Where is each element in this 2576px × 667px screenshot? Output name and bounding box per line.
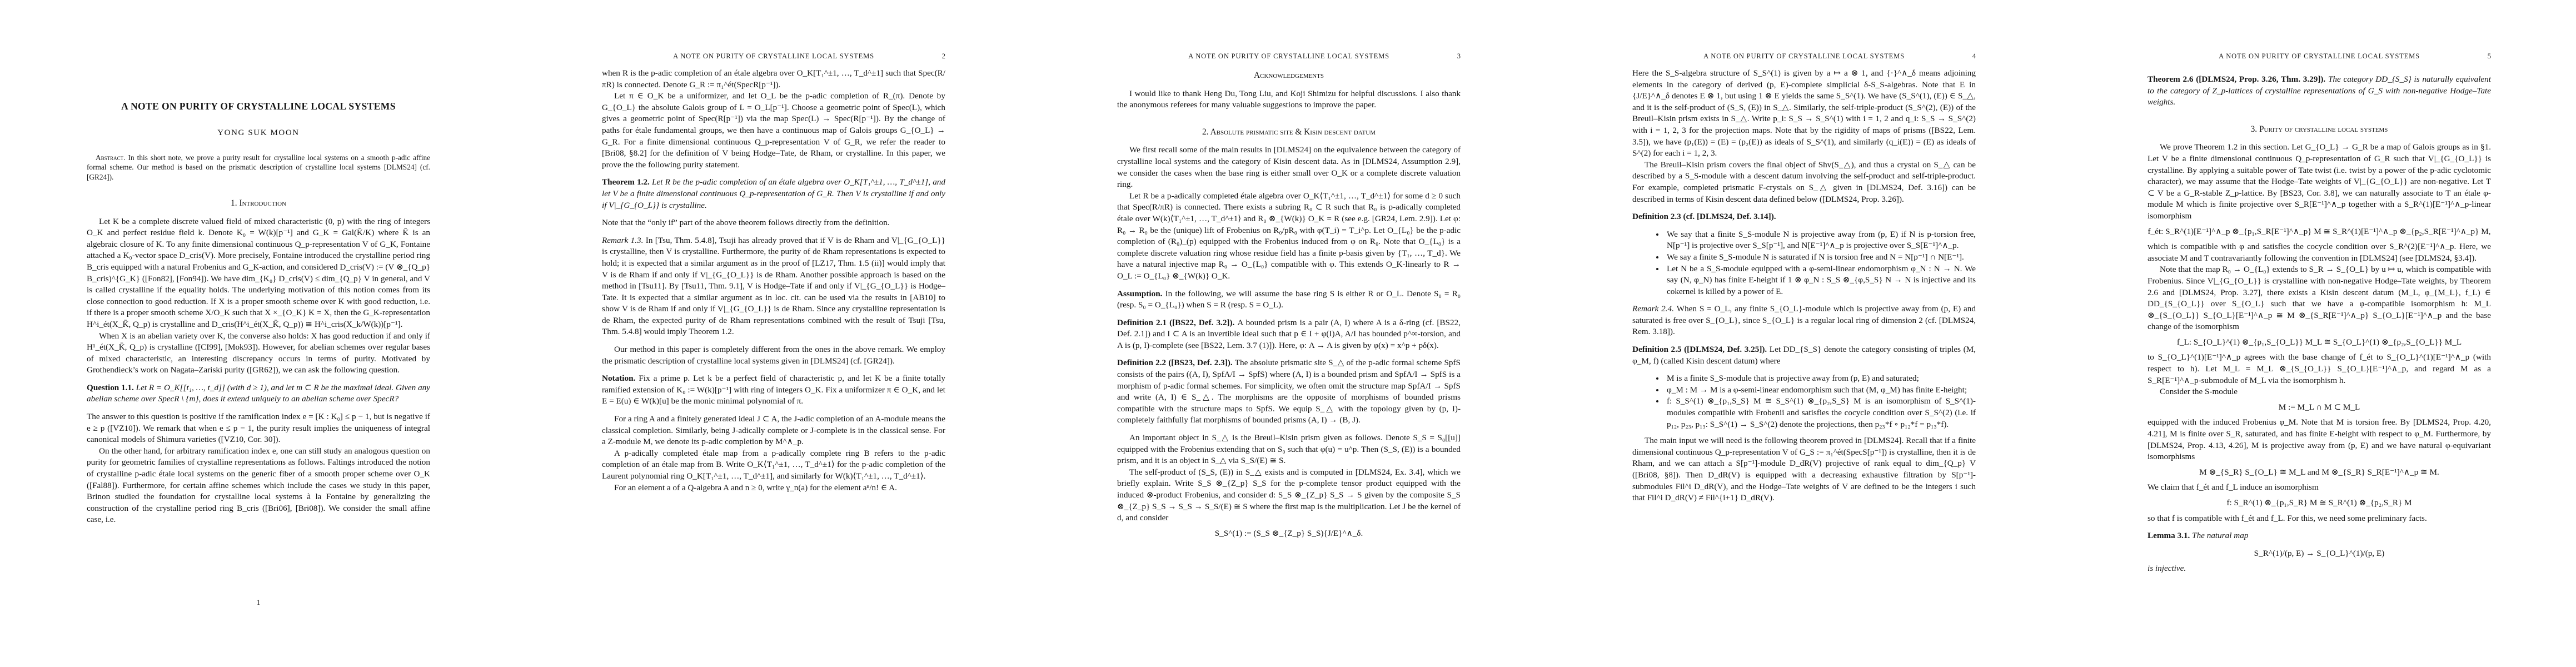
list-item: We say a finite S_S-module N is saturate… [1665,252,1976,263]
running-head: A NOTE ON PURITY OF CRYSTALLINE LOCAL SY… [1117,52,1461,61]
display-block: M ⊗_{S_R} S_{O_L} ≅ M_L and M ⊗_{S_R} S_… [2148,467,2491,479]
block-label: Question 1.1. [87,383,136,392]
page-number: 3 [1457,52,1461,61]
title-block: A NOTE ON PURITY OF CRYSTALLINE LOCAL SY… [87,100,430,112]
para-block: When X is an abelian variety over K, the… [87,331,430,376]
list-block: We say that a finite S_S-module N is pro… [1632,229,1976,298]
thm-block: Definition 2.5 ([DLMS24, Def. 3.25]). Le… [1632,344,1976,367]
running-head-text: A NOTE ON PURITY OF CRYSTALLINE LOCAL SY… [2219,52,2420,60]
thm-block: Definition 2.2 ([BS23, Def. 2.3]). The a… [1117,357,1461,426]
thm-block: Assumption. In the following, we will as… [1117,288,1461,311]
thm-block: Remark 1.3. In [Tsu, Thm. 5.4.8], Tsuji … [602,235,945,338]
block-text: The absolute prismatic site S_△ of the p… [1117,358,1461,425]
display-block: f: S_R^(1) ⊗_{p₁,S_R} M ≅ S_R^(1) ⊗_{p₂,… [2148,497,2491,509]
page-1: A NOTE ON PURITY OF CRYSTALLINE LOCAL SY… [0,0,515,667]
block-label: Remark 1.3. [602,236,646,245]
para-block: Consider the S-module [2148,386,2491,398]
para-block: Let R be a p-adically completed étale al… [1117,191,1461,282]
para-block: We first recall some of the main results… [1117,145,1461,190]
thm-block: Theorem 2.6 ([DLMS24, Prop. 3.26, Thm. 3… [2148,74,2491,108]
section-block: Acknowledgements [1117,70,1461,82]
running-head: A NOTE ON PURITY OF CRYSTALLINE LOCAL SY… [2148,52,2491,61]
block-text: In this short note, we prove a purity re… [87,153,430,182]
abstract-block: Abstract. In this short note, we prove a… [87,153,430,182]
display-block: S_R^(1)/(p, E) → S_{O_L}^(1)/(p, E) [2148,548,2491,560]
thm-block: Question 1.1. Let R = O_K[[t₁, …, t_d]] … [87,382,430,405]
list-item: φ_M : M → M is a φ-semi-linear endomorph… [1665,385,1976,396]
block-text: In [Tsu, Thm. 5.4.8], Tsuji has already … [602,236,945,337]
page-3: A NOTE ON PURITY OF CRYSTALLINE LOCAL SY… [1030,0,1546,667]
block-label: Definition 2.2 ([BS23, Def. 2.3]). [1117,358,1235,367]
para-block: We claim that f_ét and f_L induce an iso… [2148,482,2491,494]
page-2-body: when R is the p-adic completion of an ét… [602,68,945,494]
block-label: Definition 2.5 ([DLMS24, Def. 3.25]). [1632,345,1770,354]
thm-block: Notation. Fix a prime p. Let k be a perf… [602,373,945,407]
para-block: Let π ∈ O_K be a uniformizer, and let O_… [602,91,945,171]
block-label: Abstract. [96,153,128,162]
section-block: 1. Introduction [87,198,430,210]
block-label: Theorem 1.2. [602,177,652,187]
para-block: The main input we will need is the follo… [1632,435,1976,504]
thm-block: Lemma 3.1. The natural map [2148,530,2491,542]
para-block: Note that the “only if” part of the abov… [602,217,945,229]
para-block: Our method in this paper is completely d… [602,344,945,367]
display-block: f_ét: S_R^(1)[E⁻¹]^∧_p ⊗_{p₁,S_R[E⁻¹]^∧_… [2148,226,2491,238]
block-label: Lemma 3.1. [2148,531,2192,540]
page-4-body: Here the S_S-algebra structure of S_S^(1… [1632,68,1976,504]
page-number: 4 [1972,52,1976,61]
page-5-body: Theorem 2.6 ([DLMS24, Prop. 3.26, Thm. 3… [2148,68,2491,575]
thm-block: Definition 2.1 ([BS22, Def. 3.2]). A bou… [1117,317,1461,352]
para-block: which is compatible with φ and satisfies… [2148,241,2491,264]
running-head: A NOTE ON PURITY OF CRYSTALLINE LOCAL SY… [1632,52,1976,61]
para-block: I would like to thank Heng Du, Tong Liu,… [1117,88,1461,111]
running-head-text: A NOTE ON PURITY OF CRYSTALLINE LOCAL SY… [673,52,874,60]
block-text: When S = O_L, any finite S_{O_L}-module … [1632,304,1976,336]
thm-block: Theorem 1.2. Let R be the p-adic complet… [602,177,945,211]
author-block: YONG SUK MOON [87,127,430,139]
para-block: Note that the map R₀ → O_{L₀} extends to… [2148,264,2491,333]
display-block: M := M_L ∩ M ⊂ M_L [2148,402,2491,414]
list-item: M is a finite S_S-module that is project… [1665,373,1976,385]
page-3-body: AcknowledgementsI would like to thank He… [1117,68,1461,543]
running-head: A NOTE ON PURITY OF CRYSTALLINE LOCAL SY… [602,52,945,61]
thm-block: Remark 2.4. When S = O_L, any finite S_{… [1632,303,1976,338]
para-block: Let K be a complete discrete valued fiel… [87,216,430,331]
para-block: when R is the p-adic completion of an ét… [602,68,945,91]
page-4: A NOTE ON PURITY OF CRYSTALLINE LOCAL SY… [1546,0,2061,667]
block-label: Notation. [602,374,639,383]
block-label: Definition 2.1 ([BS22, Def. 3.2]). [1117,318,1237,327]
page-number: 2 [942,52,945,61]
display-block: f_L: S_{O_L}^(1) ⊗_{p₁,S_{O_L}} M_L ≅ S_… [2148,337,2491,349]
para-block: A p-adically completed étale map from a … [602,448,945,482]
para-block: On the other hand, for arbitrary ramific… [87,446,430,526]
para-block: to S_{O_L}^(1)[E⁻¹]^∧_p agrees with the … [2148,352,2491,386]
block-label: Definition 2.3 (cf. [DLMS24, Def. 3.14])… [1632,212,1776,221]
block-label: Theorem 2.6 ([DLMS24, Prop. 3.26, Thm. 3… [2148,74,2328,84]
para-block: We prove Theorem 1.2 in this section. Le… [2148,142,2491,222]
block-text: Let R be the p-adic completion of an éta… [602,177,945,210]
block-text: Fix a prime p. Let k be a perfect field … [602,374,945,406]
block-label: Assumption. [1117,289,1165,298]
display-block: S_S^(1) := (S_S ⊗_{Z_p} S_S){J/E}^∧_δ. [1117,528,1461,540]
block-text: Let R = O_K[[t₁, …, t_d]] (with d ≥ 1), … [87,383,430,404]
para-block: The self-product of (S_S, (E)) in S_△ ex… [1117,467,1461,524]
page-1-body: A NOTE ON PURITY OF CRYSTALLINE LOCAL SY… [87,68,430,526]
list-item: f: S_S^(1) ⊗_{p₁,S_S} M ≅ S_S^(1) ⊗_{p₂,… [1665,396,1976,430]
list-block: M is a finite S_S-module that is project… [1632,373,1976,430]
para-block: For an element a of a Q-algebra A and n … [602,482,945,494]
thm-block: Definition 2.3 (cf. [DLMS24, Def. 3.14])… [1632,211,1976,223]
section-block: 3. Purity of crystalline local systems [2148,124,2491,136]
running-head-text: A NOTE ON PURITY OF CRYSTALLINE LOCAL SY… [1703,52,1905,60]
block-text: In the following, we will assume the bas… [1117,289,1461,310]
block-text: The natural map [2192,531,2248,540]
list-item: Let N be a S_S-module equipped with a φ-… [1665,263,1976,298]
block-label: Remark 2.4. [1632,304,1677,313]
para-block: An important object in S_△ is the Breuil… [1117,432,1461,467]
page-5: A NOTE ON PURITY OF CRYSTALLINE LOCAL SY… [2061,0,2576,667]
para-block: Here the S_S-algebra structure of S_S^(1… [1632,68,1976,160]
para-block: so that f is compatible with f_ét and f_… [2148,513,2491,525]
para-block: equipped with the induced Frobenius φ_M.… [2148,417,2491,462]
section-block: 2. Absolute prismatic site & Kisin desce… [1117,127,1461,138]
para-block: The Breuil–Kisin prism covers the final … [1632,160,1976,205]
page-2: A NOTE ON PURITY OF CRYSTALLINE LOCAL SY… [515,0,1030,667]
page-1-footer-number: 1 [87,598,430,607]
para-block: The answer to this question is positive … [87,411,430,446]
running-head-text: A NOTE ON PURITY OF CRYSTALLINE LOCAL SY… [1188,52,1389,60]
list-item: We say that a finite S_S-module N is pro… [1665,229,1976,252]
para-block: For a ring A and a finitely generated id… [602,414,945,448]
page-number: 5 [2488,52,2491,61]
para-block: is injective. [2148,563,2491,575]
